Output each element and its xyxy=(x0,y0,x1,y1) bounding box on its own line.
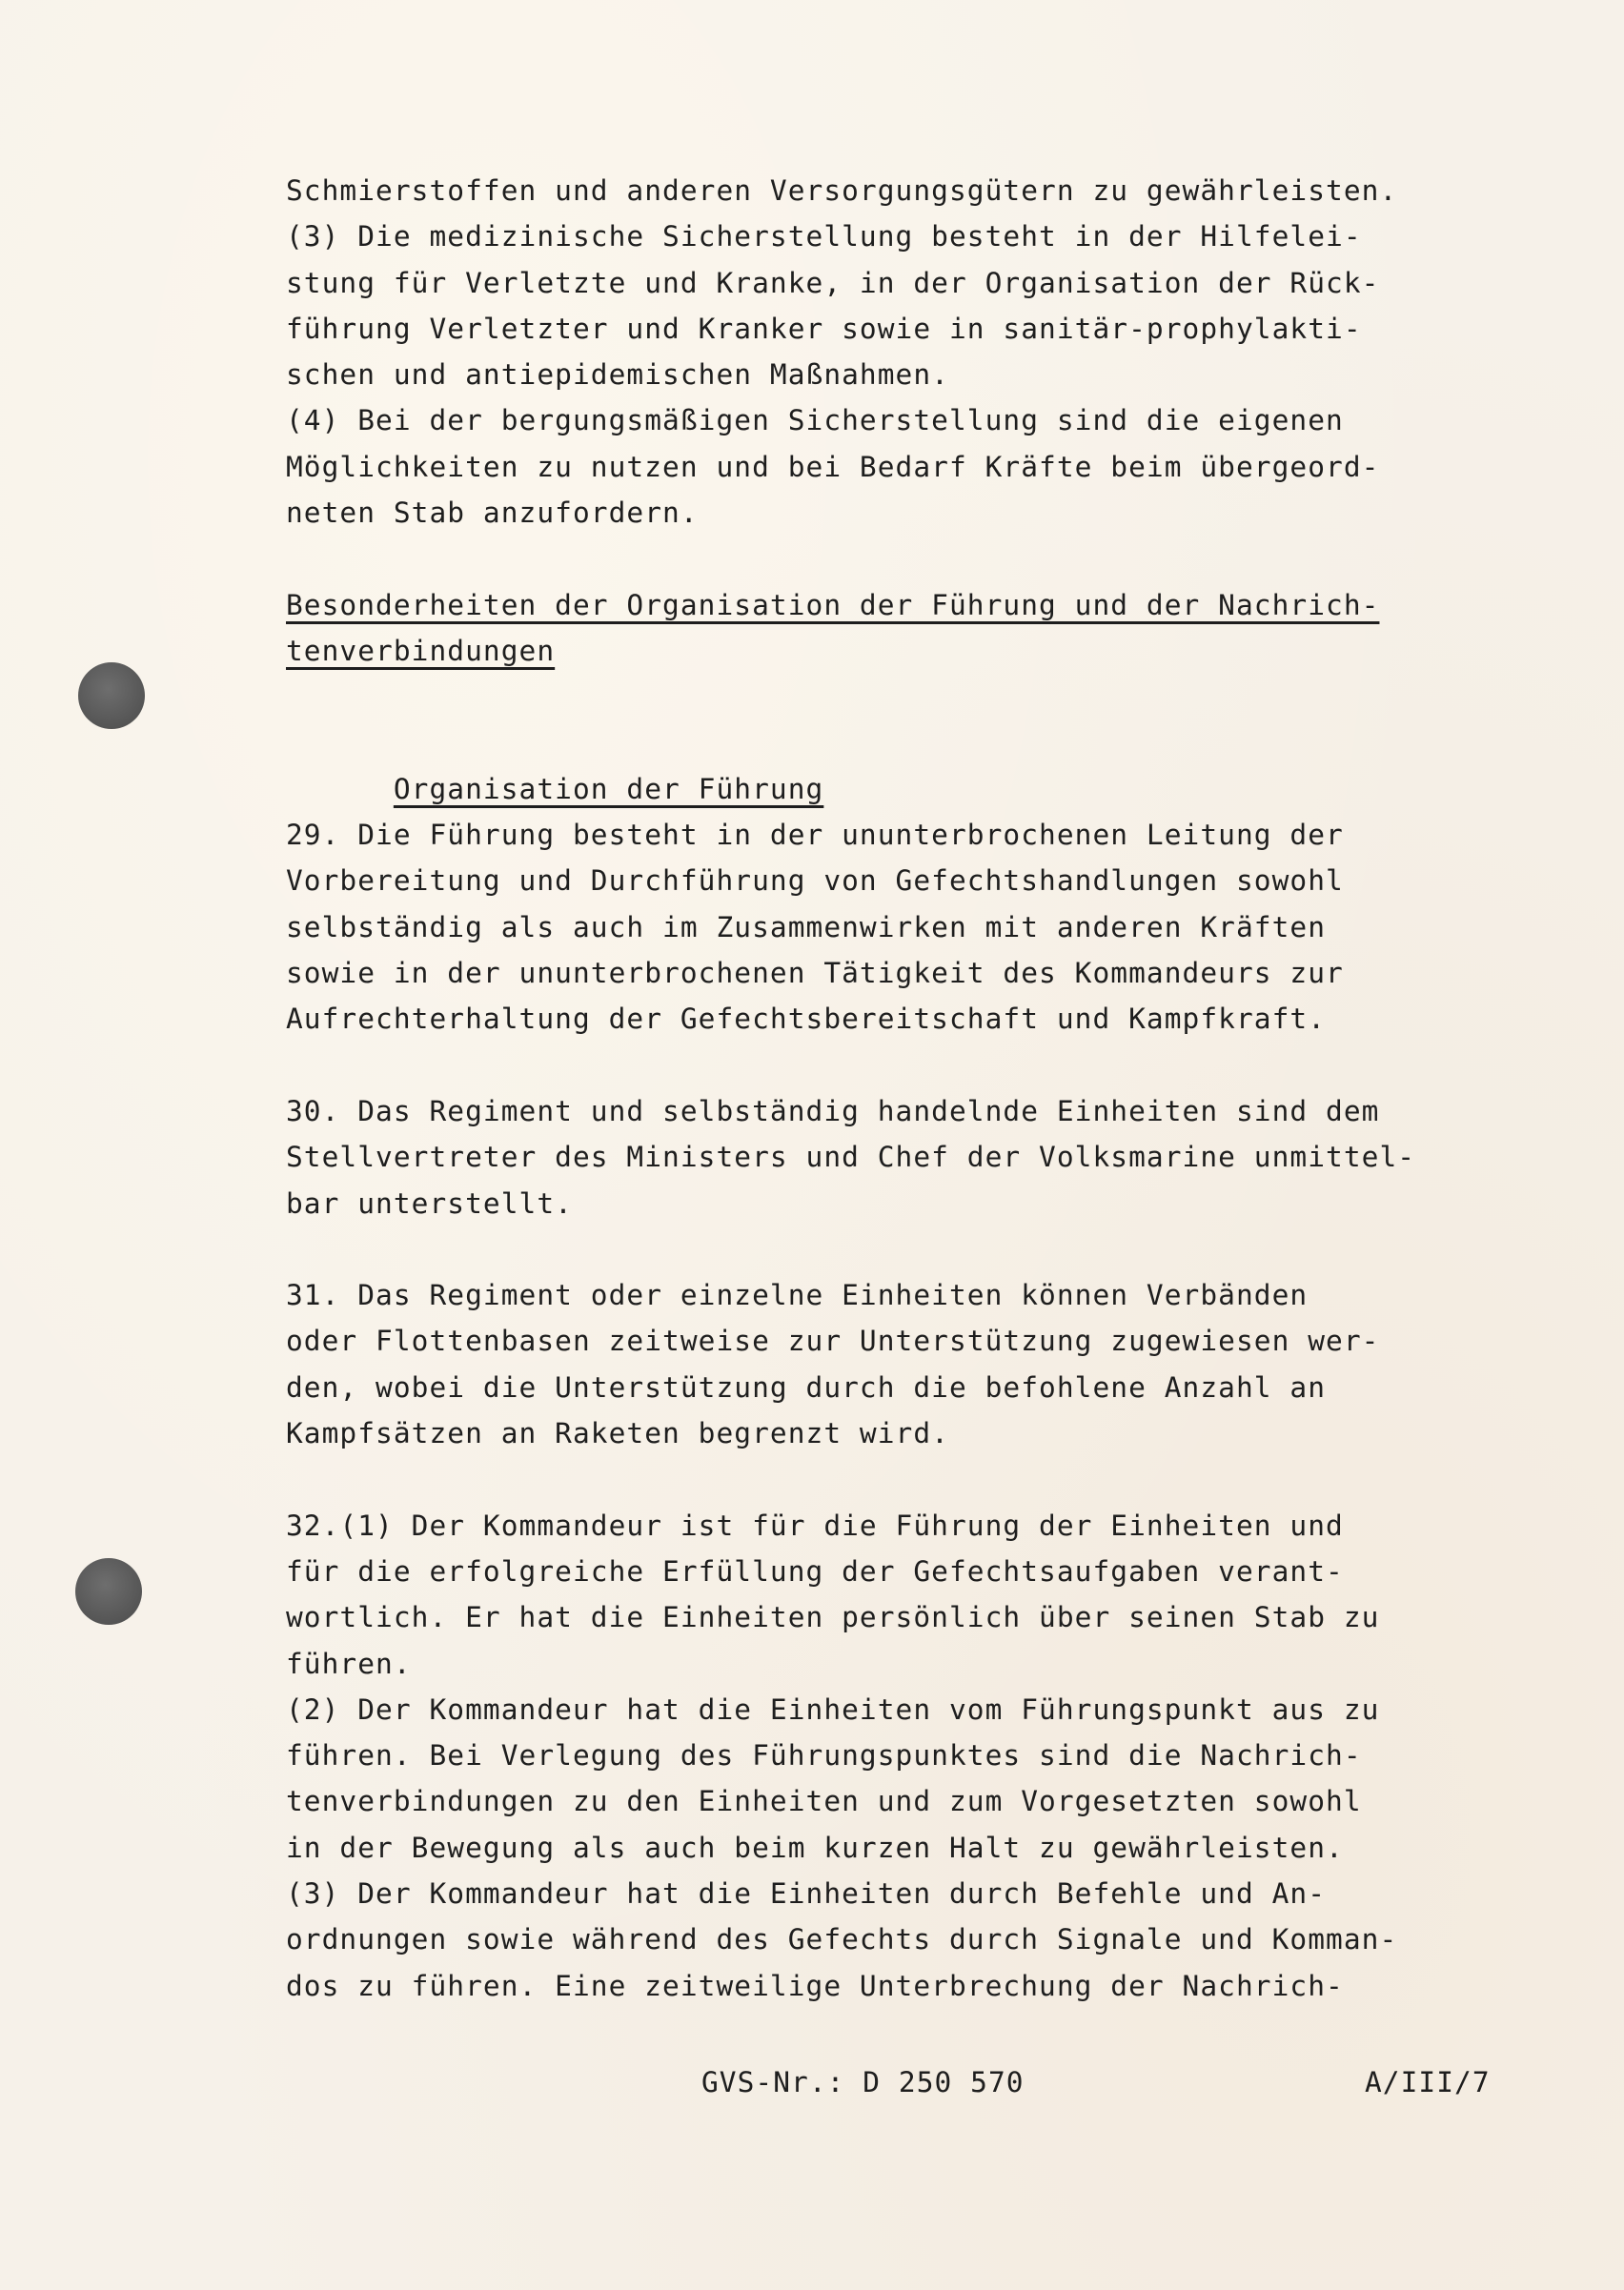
text-line: stung für Verletzte und Kranke, in der O… xyxy=(286,260,1487,306)
spacer xyxy=(286,536,1487,581)
text-line: (4) Bei der bergungsmäßigen Sicherstellu… xyxy=(286,397,1487,443)
text-line: Aufrechterhaltung der Gefechtsbereitscha… xyxy=(286,996,1487,1042)
text-line: in der Bewegung als auch beim kurzen Hal… xyxy=(286,1825,1487,1871)
spacer xyxy=(286,674,1487,719)
paragraph-32: 32.(1) Der Kommandeur ist für die Führun… xyxy=(286,1503,1487,2009)
text-line: Möglichkeiten zu nutzen und bei Bedarf K… xyxy=(286,444,1487,490)
text-line: 31. Das Regiment oder einzelne Einheiten… xyxy=(286,1272,1487,1318)
document-body: Schmierstoffen und anderen Versorgungsgü… xyxy=(286,168,1487,2009)
text-line: dos zu führen. Eine zeitweilige Unterbre… xyxy=(286,1963,1487,2009)
page-identifier: A/III/7 xyxy=(1365,2066,1491,2098)
subsection-heading-row: Organisation der Führung xyxy=(286,720,1487,766)
spacer xyxy=(286,1043,1487,1088)
text-line: 30. Das Regiment und selbständig handeln… xyxy=(286,1088,1487,1134)
section-heading-line: Besonderheiten der Organisation der Führ… xyxy=(286,589,1379,621)
punch-hole-top xyxy=(78,662,145,729)
text-line: 32.(1) Der Kommandeur ist für die Führun… xyxy=(286,1503,1487,1549)
spacer xyxy=(286,1226,1487,1272)
text-line: oder Flottenbasen zeitweise zur Unterstü… xyxy=(286,1318,1487,1364)
text-line: neten Stab anzufordern. xyxy=(286,490,1487,536)
text-line: wortlich. Er hat die Einheiten persönlic… xyxy=(286,1594,1487,1640)
text-line: (3) Der Kommandeur hat die Einheiten dur… xyxy=(286,1871,1487,1916)
spacer xyxy=(286,1456,1487,1502)
subsection-heading: Organisation der Führung xyxy=(394,773,823,805)
text-line: den, wobei die Unterstützung durch die b… xyxy=(286,1365,1487,1410)
continuation-text: Schmierstoffen und anderen Versorgungsgü… xyxy=(286,168,1487,536)
text-line: Stellvertreter des Ministers und Chef de… xyxy=(286,1134,1487,1180)
section-heading-line: tenverbindungen xyxy=(286,635,555,667)
text-line: Kampfsätzen an Raketen begrenzt wird. xyxy=(286,1410,1487,1456)
text-line: (3) Die medizinische Sicherstellung best… xyxy=(286,213,1487,259)
text-line: für die erfolgreiche Erfüllung der Gefec… xyxy=(286,1549,1487,1594)
punch-hole-bottom xyxy=(75,1558,142,1625)
document-page: Schmierstoffen und anderen Versorgungsgü… xyxy=(0,0,1624,2290)
text-line: ordnungen sowie während des Gefechts dur… xyxy=(286,1916,1487,1962)
paragraph-31: 31. Das Regiment oder einzelne Einheiten… xyxy=(286,1272,1487,1456)
text-line: (2) Der Kommandeur hat die Einheiten vom… xyxy=(286,1687,1487,1733)
text-line: selbständig als auch im Zusammenwirken m… xyxy=(286,904,1487,950)
text-line: tenverbindungen zu den Einheiten und zum… xyxy=(286,1778,1487,1824)
text-line: 29. Die Führung besteht in der ununterbr… xyxy=(286,812,1487,858)
text-line: schen und antiepidemischen Maßnahmen. xyxy=(286,352,1487,397)
text-line: führen. Bei Verlegung des Führungspunkte… xyxy=(286,1733,1487,1778)
text-line: Vorbereitung und Durchführung von Gefech… xyxy=(286,858,1487,903)
text-line: sowie in der ununterbrochenen Tätigkeit … xyxy=(286,950,1487,996)
text-line: führen. xyxy=(286,1641,1487,1687)
text-line: führung Verletzter und Kranker sowie in … xyxy=(286,306,1487,352)
section-heading: Besonderheiten der Organisation der Führ… xyxy=(286,582,1487,675)
text-line: bar unterstellt. xyxy=(286,1181,1487,1226)
document-reference-number: GVS-Nr.: D 250 570 xyxy=(701,2066,1025,2098)
text-line: Schmierstoffen und anderen Versorgungsgü… xyxy=(286,168,1487,213)
paragraph-30: 30. Das Regiment und selbständig handeln… xyxy=(286,1088,1487,1226)
paragraph-29: 29. Die Führung besteht in der ununterbr… xyxy=(286,812,1487,1042)
